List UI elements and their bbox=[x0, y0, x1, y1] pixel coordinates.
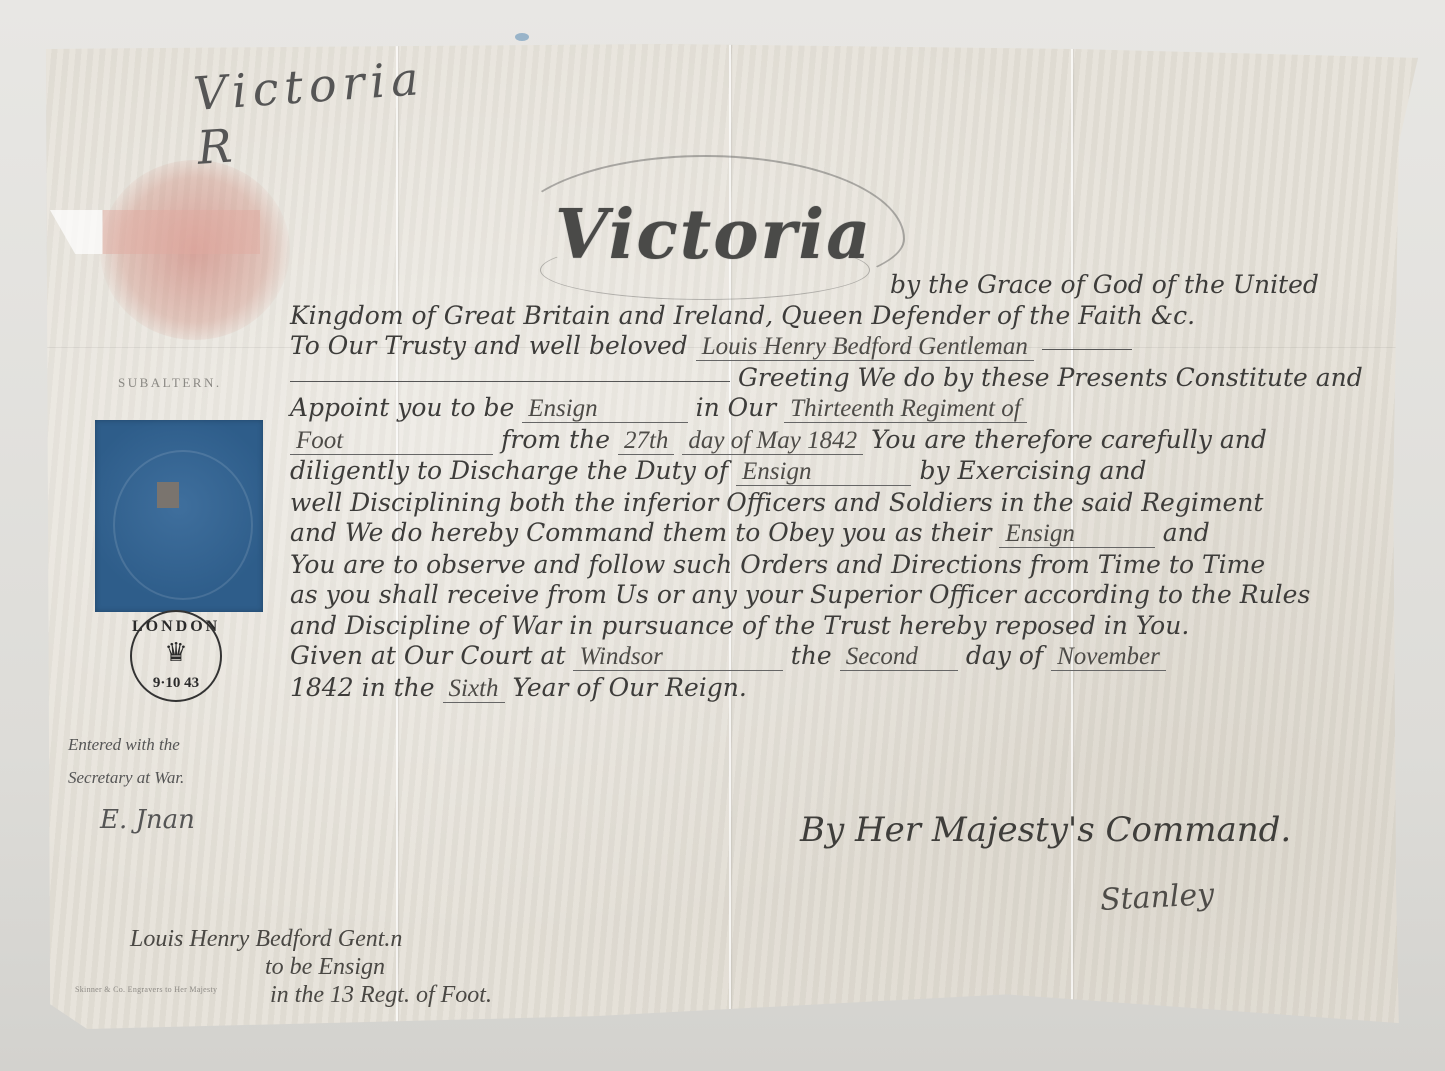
secretary-signature: E. Jnan bbox=[100, 805, 195, 835]
body-line: as you shall receive from Us or any your… bbox=[290, 580, 1390, 611]
regiment-field: Thirteenth Regiment of bbox=[784, 395, 1027, 423]
body-line: Given at Our Court at Windsor the Second… bbox=[290, 641, 1390, 673]
commission-body: by the Grace of God of the United Kingdo… bbox=[290, 270, 1390, 704]
reign-year: Sixth bbox=[443, 675, 505, 703]
body-line: Greeting We do by these Presents Constit… bbox=[290, 363, 1390, 394]
court-location: Windsor bbox=[573, 643, 782, 671]
subaltern-label: SUBALTERN. bbox=[118, 375, 222, 391]
body-line: by the Grace of God of the United bbox=[890, 270, 1445, 301]
blue-duty-stamp bbox=[95, 420, 263, 612]
crown-icon: ♛ bbox=[132, 638, 220, 668]
text: in the bbox=[362, 673, 435, 702]
recipient-name: Louis Henry Bedford Gentleman bbox=[696, 333, 1034, 361]
blank-line bbox=[1042, 349, 1132, 350]
countersignature: Stanley bbox=[1099, 877, 1215, 918]
london-postmark: LONDON ♛ 9·10 43 bbox=[130, 610, 222, 702]
body-line: Appoint you to be Ensign in Our Thirteen… bbox=[290, 393, 1390, 425]
text: the bbox=[791, 641, 832, 670]
engraver-imprint: Skinner & Co. Engravers to Her Majesty bbox=[75, 985, 217, 994]
seal-tape bbox=[50, 210, 260, 254]
body-line: To Our Trusty and well beloved Louis Hen… bbox=[290, 331, 1390, 363]
entered-note: Entered with the Secretary at War. bbox=[68, 728, 184, 794]
docket-line: to be Ensign bbox=[130, 953, 492, 981]
text: from the bbox=[501, 425, 610, 454]
royal-signature: Victoria R bbox=[192, 53, 398, 167]
docket-line: Louis Henry Bedford Gent.n bbox=[130, 925, 492, 953]
entered-line: Secretary at War. bbox=[68, 761, 184, 794]
embossed-seal bbox=[113, 450, 253, 600]
postmark-city: LONDON bbox=[132, 618, 220, 636]
text: day of bbox=[966, 641, 1043, 670]
commission-date: day of May 1842 bbox=[682, 427, 863, 455]
pushpin bbox=[515, 33, 529, 41]
text: by Exercising and bbox=[919, 456, 1146, 485]
document-title: Victoria bbox=[555, 195, 872, 275]
docket-note: Louis Henry Bedford Gent.n to be Ensign … bbox=[130, 925, 492, 1009]
obey-rank-field: Ensign bbox=[999, 520, 1154, 548]
text: To Our Trusty and well beloved bbox=[290, 331, 688, 360]
commission-day: 27th bbox=[618, 427, 674, 455]
text: Year of Our Reign. bbox=[512, 673, 746, 702]
body-line: and Discipline of War in pursuance of th… bbox=[290, 611, 1390, 642]
body-line: Kingdom of Great Britain and Ireland, Qu… bbox=[290, 301, 1390, 332]
duty-rank-field: Ensign bbox=[736, 458, 911, 486]
text: in Our bbox=[696, 393, 777, 422]
given-day: Second bbox=[840, 643, 958, 671]
postmark-date: 9·10 43 bbox=[132, 675, 220, 692]
text: diligently to Discharge the Duty of bbox=[290, 456, 728, 485]
blank-line bbox=[290, 381, 730, 382]
regiment-cont-field: Foot bbox=[290, 427, 493, 455]
rank-field: Ensign bbox=[522, 395, 687, 423]
stamp-tab bbox=[157, 482, 179, 508]
given-month: November bbox=[1051, 643, 1166, 671]
body-line: and We do hereby Command them to Obey yo… bbox=[290, 518, 1390, 550]
body-line: 1842 in the Sixth Year of Our Reign. bbox=[290, 673, 1390, 705]
given-year: 1842 bbox=[290, 673, 354, 702]
text: and We do hereby Command them to Obey yo… bbox=[290, 518, 991, 547]
body-line: You are to observe and follow such Order… bbox=[290, 550, 1390, 581]
closing-formula: By Her Majesty's Command. bbox=[800, 810, 1291, 850]
body-line: Foot from the 27th day of May 1842 You a… bbox=[290, 425, 1390, 457]
text: Appoint you to be bbox=[290, 393, 514, 422]
text: You are therefore carefully and bbox=[871, 425, 1267, 454]
body-line: well Disciplining both the inferior Offi… bbox=[290, 488, 1390, 519]
text: Greeting We do by these Presents Constit… bbox=[738, 363, 1363, 392]
text: Given at Our Court at bbox=[290, 641, 566, 670]
text: and bbox=[1163, 518, 1210, 547]
entered-line: Entered with the bbox=[68, 728, 184, 761]
body-line: diligently to Discharge the Duty of Ensi… bbox=[290, 456, 1390, 488]
